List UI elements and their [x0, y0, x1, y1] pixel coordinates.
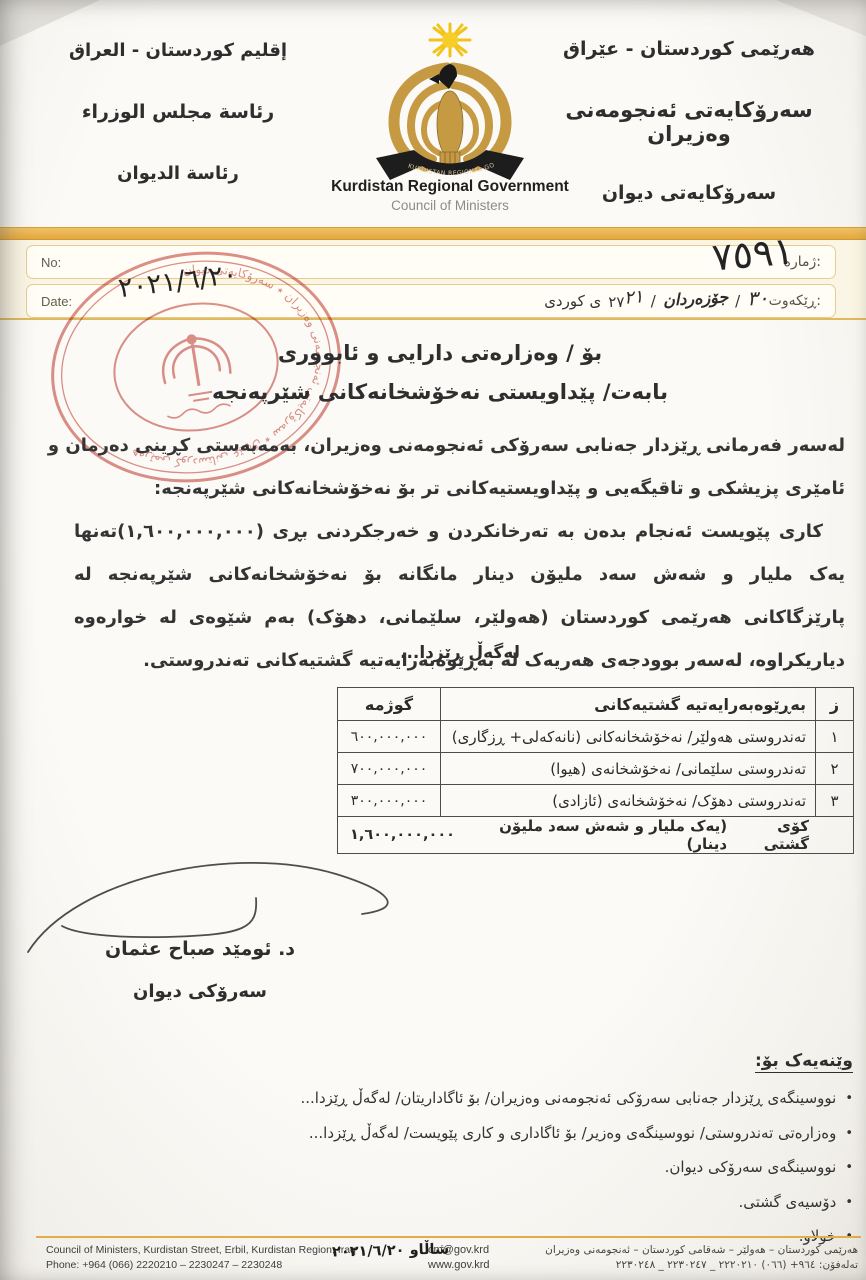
cc-item: •نووسینگەی سەرۆکی دیوان.	[275, 1151, 853, 1186]
row-directorate: تەندروستی سلێمانی/ نەخۆشخانەی (هیوا)	[440, 753, 815, 785]
table-row: ١ تەندروستی هەولێر/ نەخۆشخانەکانی (نانەک…	[338, 721, 854, 753]
signature-scribble	[6, 836, 442, 958]
org-subname: Council of Ministers	[266, 198, 634, 213]
row-amount: ٧٠٠,٠٠٠,٠٠٠	[338, 753, 441, 785]
header-arabic-block: إقليم كوردستان - العراق رئاسة مجلس الوزر…	[28, 40, 328, 184]
separator: /	[735, 292, 740, 310]
separator: /	[651, 292, 656, 310]
rekewt-day-handwritten: ٣٠	[747, 285, 770, 310]
body-line: یەک ملیار و شەش سەد ملیۆن دینار مانگانە …	[74, 553, 845, 596]
to-line: بۆ / وەزارەتی دارایی و ئابووری	[170, 341, 710, 365]
krg-emblem-icon: KURDISTAN REGIONAL GOVERNMENT	[352, 16, 548, 186]
body-line: پارێزگاکانی هەرێمی کوردستان (هەولێر، سلێ…	[74, 596, 845, 639]
scanned-letter-page: هەرێمی کوردستان - عێراق سەرۆکایەتی ئەنجو…	[0, 0, 866, 1280]
document-number-handwritten: ٧٥٩١	[711, 229, 796, 280]
bullet-icon: •	[845, 1083, 853, 1116]
col-header-index: ز	[816, 688, 854, 721]
footer-address-en: Council of Ministers, Kurdistan Street, …	[46, 1243, 368, 1258]
header-kurdish-line: هەرێمی کوردستان - عێراق	[520, 38, 858, 60]
subject-line: بابەت/ پێداویستی نەخۆشخانەکانی شێرپەنجە	[170, 380, 710, 404]
cc-item-text: دۆسیەی گشتی.	[738, 1193, 836, 1211]
col-header-amount: گوژمە	[338, 688, 441, 721]
table-row: ٢ تەندروستی سلێمانی/ نەخۆشخانەی (هیوا) ٧…	[338, 753, 854, 785]
org-name-english: Kurdistan Regional Government Council of…	[266, 178, 634, 213]
rekewt-suffix: ی کوردی	[544, 292, 601, 310]
org-name: Kurdistan Regional Government	[266, 178, 634, 196]
bullet-icon: •	[845, 1187, 853, 1220]
rekewt-label: ڕێکەوت:	[769, 293, 821, 309]
cc-item-text: نووسینگەی سەرۆکی دیوان.	[665, 1158, 837, 1176]
footer-kurdish-block: هەرێمی کوردستان – هەولێر – شەقامی کوردست…	[540, 1243, 858, 1273]
bullet-icon: •	[845, 1152, 853, 1185]
cc-block: وێنەیەک بۆ: •نووسینگەی ڕێزدار جەنابی سەر…	[275, 1051, 853, 1255]
body-line: دیاریکراوە، لەسەر بوودجەی هەریەک لە بەڕێ…	[74, 639, 845, 682]
table-row: ٣ تەندروستی دهۆک/ نەخۆشخانەی (ئازادی) ٣٠…	[338, 785, 854, 817]
footer: Council of Ministers, Kurdistan Street, …	[46, 1243, 858, 1273]
row-amount: ٦٠٠,٠٠٠,٠٠٠	[338, 721, 441, 753]
bullet-icon: •	[845, 1118, 853, 1151]
addressee-block: بۆ / وەزارەتی دارایی و ئابووری بابەت/ پێ…	[170, 341, 710, 404]
body-line: ئامێری پزیشکی و تاقیگەیی و پێداویستیەکان…	[74, 467, 845, 510]
rekewt-value: ٣٠ / جۆزەردان / ٢٧٢١ی کوردی	[544, 289, 768, 313]
row-directorate: تەندروستی دهۆک/ نەخۆشخانەی (ئازادی)	[440, 785, 815, 817]
rekewt-month-handwritten: جۆزەردان	[662, 287, 728, 309]
footer-website: www.gov.krd	[428, 1258, 540, 1273]
rekewt-year: ٢٧٢١	[608, 291, 643, 312]
footer-phone-en: Phone: +964 (066) 2220210 – 2230247 – 22…	[46, 1258, 368, 1273]
col-header-directorates: بەڕێوەبەرایەتیە گشتیەکانی	[440, 688, 815, 721]
scan-corner-shadow	[0, 0, 100, 46]
table-header-row: ز بەڕێوەبەرایەتیە گشتیەکانی گوژمە	[338, 688, 854, 721]
row-index: ١	[816, 721, 854, 753]
row-directorate: تەندروستی هەولێر/ نەخۆشخانەکانی (نانەکەل…	[440, 721, 815, 753]
scan-corner-shadow	[776, 0, 866, 36]
footer-divider	[36, 1236, 861, 1238]
total-label: کۆی گشتی	[727, 817, 809, 853]
cc-item: •نووسینگەی ڕێزدار جەنابی سەرۆکی ئەنجومەن…	[275, 1082, 853, 1117]
allocations-table: ز بەڕێوەبەرایەتیە گشتیەکانی گوژمە ١ تەند…	[337, 687, 854, 854]
year-handwritten: ٢١	[624, 286, 645, 309]
footer-english-block: Council of Ministers, Kurdistan Street, …	[46, 1243, 368, 1273]
cc-item-text: وەزارەتی تەندروستی/ نووسینگەی وەزیر/ بۆ …	[309, 1124, 836, 1142]
row-index: ٣	[816, 785, 854, 817]
cc-item: •دۆسیەی گشتی.	[275, 1186, 853, 1221]
body-line: لەسەر فەرمانی ڕێزدار جەنابی سەرۆکی ئەنجو…	[74, 424, 845, 467]
total-in-words: (یەک ملیار و شەش سەد ملیۆن دینار)	[455, 817, 727, 853]
signatory-title: سەرۆکی دیوان	[52, 981, 348, 1002]
cc-heading: وێنەیەک بۆ:	[755, 1051, 853, 1073]
body-line: کاری پێویست ئەنجام بدەن بە تەرخانکردن و …	[74, 510, 845, 553]
header-arabic-line: رئاسة مجلس الوزراء	[28, 101, 328, 123]
year-printed: ٢٧	[608, 293, 624, 311]
cc-item-text: نووسینگەی ڕێزدار جەنابی سەرۆکی ئەنجومەنی…	[301, 1089, 837, 1107]
cc-item: •وەزارەتی تەندروستی/ نووسینگەی وەزیر/ بۆ…	[275, 1117, 853, 1152]
row-index: ٢	[816, 753, 854, 785]
footer-handwritten-note: شاڵاو ٢٠٢١/٦/٢٠	[332, 1241, 450, 1260]
footer-phone-ku: تەلەفۆن: ٩٦٤+ (٠٦٦) ٢٢٢٠٢١٠ _ ٢٢٣٠٢٤٧ _ …	[540, 1258, 858, 1273]
footer-address-ku: هەرێمی کوردستان – هەولێر – شەقامی کوردست…	[540, 1243, 858, 1258]
letter-body: لەسەر فەرمانی ڕێزدار جەنابی سەرۆکی ئەنجو…	[74, 424, 845, 682]
row-amount: ٣٠٠,٠٠٠,٠٠٠	[338, 785, 441, 817]
sun-icon	[430, 24, 470, 56]
header-kurdish-line: سەرۆکایەتی ئەنجومەنی وەزیران	[520, 98, 858, 146]
